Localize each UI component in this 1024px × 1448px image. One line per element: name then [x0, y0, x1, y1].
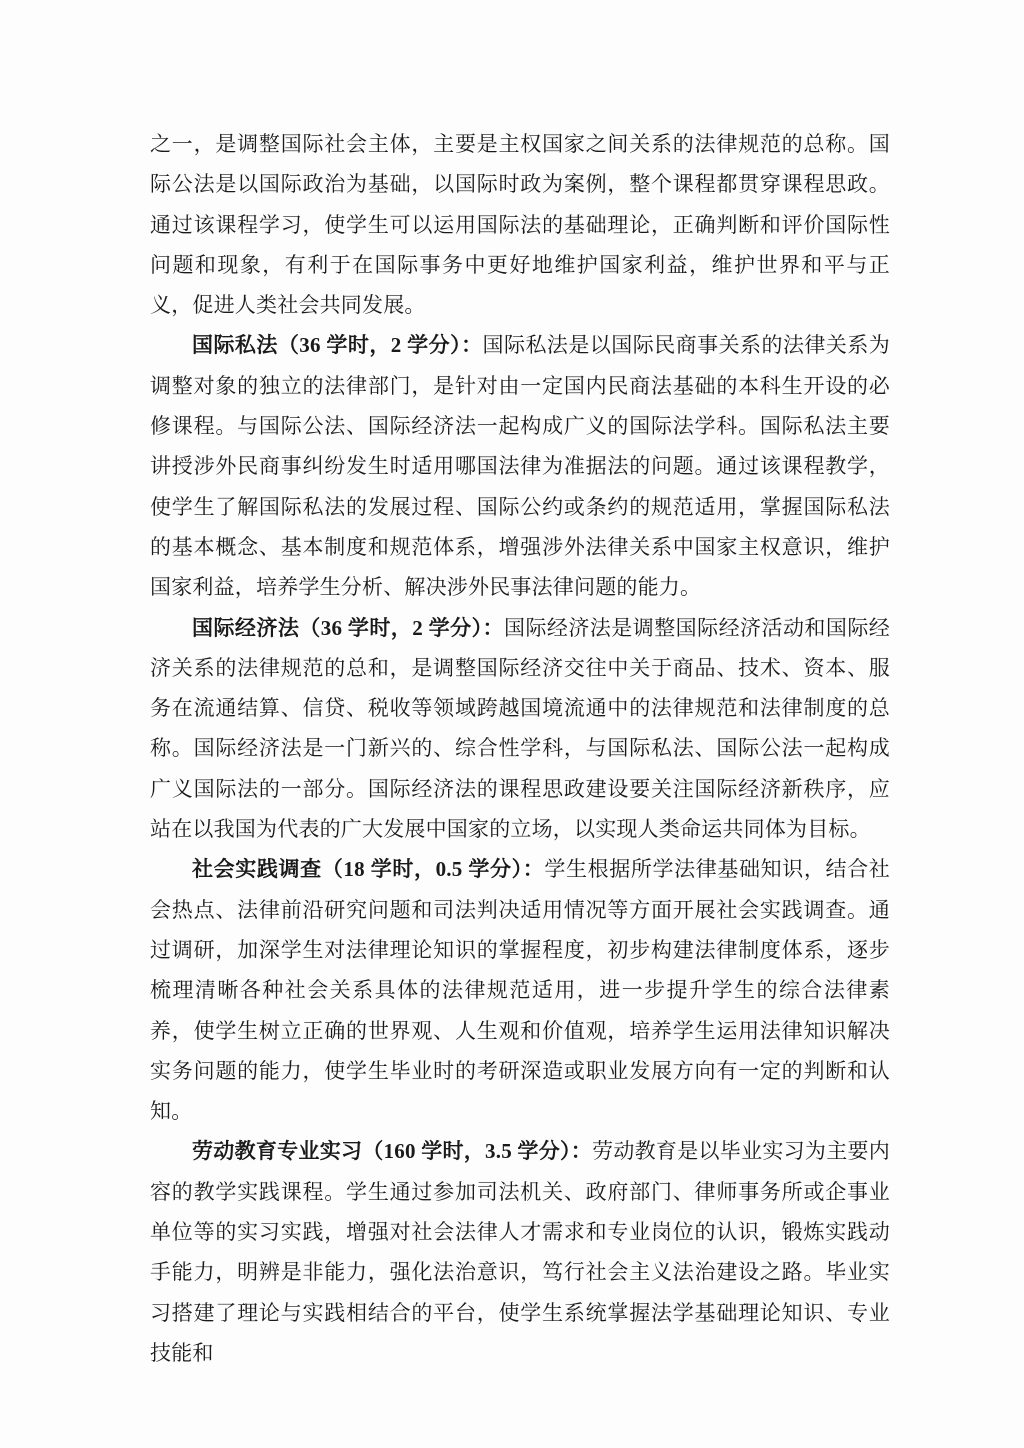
paragraph-social-practice-survey: 社会实践调查（18 学时，0.5 学分）：学生根据所学法律基础知识，结合社会热点… — [150, 849, 890, 1131]
paragraph-international-economic-law: 国际经济法（36 学时，2 学分）：国际经济法是调整国际经济活动和国际经济关系的… — [150, 608, 890, 850]
paragraph-text: 之一，是调整国际社会主体，主要是主权国家之间关系的法律规范的总称。国际公法是以国… — [150, 132, 890, 317]
course-heading: 国际经济法（36 学时，2 学分）： — [192, 616, 504, 640]
course-heading: 社会实践调查（18 学时，0.5 学分）： — [192, 857, 544, 881]
paragraph-labor-education-internship: 劳动教育专业实习（160 学时，3.5 学分）：劳动教育是以毕业实习为主要内容的… — [150, 1131, 890, 1373]
document-body: 之一，是调整国际社会主体，主要是主权国家之间关系的法律规范的总称。国际公法是以国… — [150, 124, 890, 1373]
paragraph-text: 劳动教育是以毕业实习为主要内容的教学实践课程。学生通过参加司法机关、政府部门、律… — [150, 1139, 890, 1364]
paragraph-intl-public-law-continuation: 之一，是调整国际社会主体，主要是主权国家之间关系的法律规范的总称。国际公法是以国… — [150, 124, 890, 325]
course-heading: 国际私法（36 学时，2 学分）： — [192, 333, 483, 357]
course-heading: 劳动教育专业实习（160 学时，3.5 学分）： — [192, 1139, 592, 1163]
paragraph-private-international-law: 国际私法（36 学时，2 学分）：国际私法是以国际民商事关系的法律关系为调整对象… — [150, 325, 890, 607]
document-page: 之一，是调整国际社会主体，主要是主权国家之间关系的法律规范的总称。国际公法是以国… — [0, 0, 1024, 1448]
paragraph-text: 国际经济法是调整国际经济活动和国际经济关系的法律规范的总和，是调整国际经济交往中… — [150, 616, 890, 841]
paragraph-text: 学生根据所学法律基础知识，结合社会热点、法律前沿研究问题和司法判决适用情况等方面… — [150, 857, 890, 1123]
paragraph-text: 国际私法是以国际民商事关系的法律关系为调整对象的独立的法律部门，是针对由一定国内… — [150, 333, 890, 599]
